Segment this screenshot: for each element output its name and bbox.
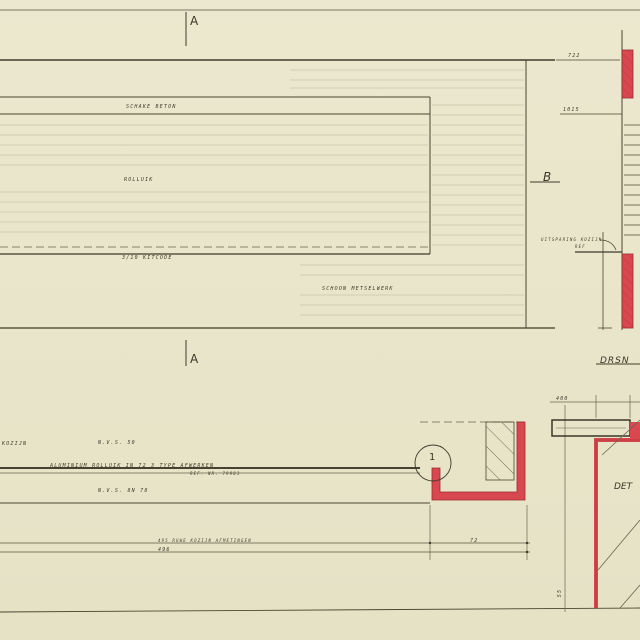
dim-long-1: 495 ruwe kozijn afmetingen (158, 538, 252, 543)
section-marker-a-bottom: A (190, 352, 198, 366)
dim-small: 72 (470, 538, 478, 544)
drawing-linework (0, 0, 640, 640)
label-inner-box: rolluik (124, 177, 153, 183)
level-top: 722 (568, 53, 581, 59)
elevation-left-tag: kozijn (2, 441, 27, 447)
right-detail-title: DRSN (600, 356, 630, 366)
label-right-panel: schoon metselwerk (322, 286, 394, 292)
elevation-note-main: aluminium rolluik in 72 3 type afwerken (50, 463, 214, 469)
vertical-dim: 55 (557, 589, 563, 597)
detail-number: 1 (429, 452, 435, 463)
right-detail-note: uitsparing kozijn (541, 237, 602, 242)
drawing-sheet: A A B schake beton rolluik 3/10 kitcode … (0, 0, 640, 640)
section-marker-a-top: A (190, 14, 198, 28)
elevation-note-sub: ref. nr. 79983 (190, 471, 241, 476)
level-bottom: 1015 (563, 107, 580, 113)
right-detail-note-sub: ref (575, 244, 586, 249)
level-lower: N.v.s. 8N 78 (98, 488, 149, 494)
right-dim-top: 400 (556, 396, 569, 402)
level-upper: N.v.s. 50 (98, 440, 136, 446)
label-dashed-note: 3/10 kitcode (122, 255, 173, 261)
right-label-det: DET (614, 482, 632, 492)
section-marker-b: B (543, 170, 551, 184)
dim-long-2: 496 (158, 547, 171, 553)
label-upper-strip: schake beton (126, 104, 177, 110)
